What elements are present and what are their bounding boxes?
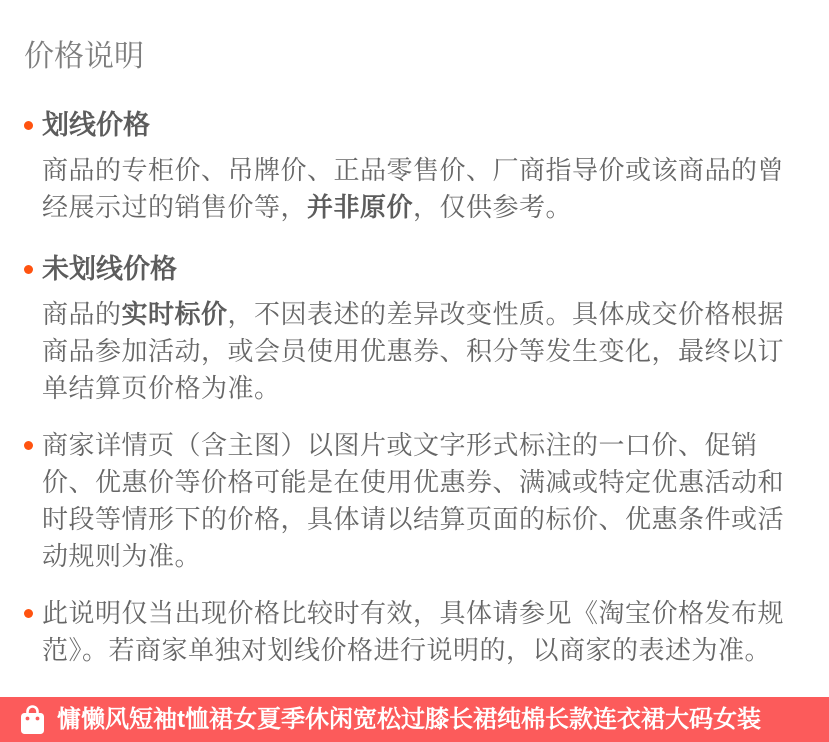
price-note-validity: 此说明仅当出现价格比较时有效，具体请参见《淘宝价格发布规范》。若商家单独对划线价…	[24, 595, 790, 669]
product-title: 慵懒风短袖t恤裙女夏季休闲宽松过膝长裙纯棉长款连衣裙大码女装	[57, 697, 761, 742]
note-paragraph: 此说明仅当出现价格比较时有效，具体请参见《淘宝价格发布规范》。若商家单独对划线价…	[42, 595, 790, 669]
price-note-detail-page: 商家详情页（含主图）以图片或文字形式标注的一口价、促销价、优惠价等价格可能是在使…	[24, 427, 790, 575]
note-paragraph: 商品的实时标价，不因表述的差异改变性质。具体成交价格根据商品参加活动，或会员使用…	[42, 296, 790, 407]
shopping-bag-icon	[20, 705, 45, 735]
bullet-icon	[24, 265, 33, 274]
text-run: 此说明仅当出现价格比较时有效，具体请参见《淘宝价格发布规范》。若商家单独对划线价…	[42, 598, 784, 665]
bullet-icon	[24, 609, 33, 618]
page-title: 价格说明	[24, 36, 790, 78]
text-run: ，仅供参考。	[413, 192, 572, 222]
text-run-bold: 并非原价	[307, 192, 413, 222]
text-run: 商家详情页（含主图）以图片或文字形式标注的一口价、促销价、优惠价等价格可能是在使…	[42, 430, 784, 571]
text-run: 商品的	[42, 299, 122, 329]
note-heading: 未划线价格	[42, 252, 790, 286]
price-note-strikethrough: 划线价格 商品的专柜价、吊牌价、正品零售价、厂商指导价或该商品的曾经展示过的销售…	[24, 108, 790, 226]
text-run-bold: 实时标价	[122, 299, 228, 329]
product-bar[interactable]: 慵懒风短袖t恤裙女夏季休闲宽松过膝长裙纯棉长款连衣裙大码女装	[0, 697, 829, 742]
note-paragraph: 商家详情页（含主图）以图片或文字形式标注的一口价、促销价、优惠价等价格可能是在使…	[42, 427, 790, 575]
price-note-unstrikethrough: 未划线价格 商品的实时标价，不因表述的差异改变性质。具体成交价格根据商品参加活动…	[24, 252, 790, 407]
note-paragraph: 商品的专柜价、吊牌价、正品零售价、厂商指导价或该商品的曾经展示过的销售价等，并非…	[42, 152, 790, 226]
bullet-icon	[24, 121, 33, 130]
bullet-icon	[24, 441, 33, 450]
price-description-page: 价格说明 划线价格 商品的专柜价、吊牌价、正品零售价、厂商指导价或该商品的曾经展…	[0, 0, 829, 669]
note-heading: 划线价格	[42, 108, 790, 142]
